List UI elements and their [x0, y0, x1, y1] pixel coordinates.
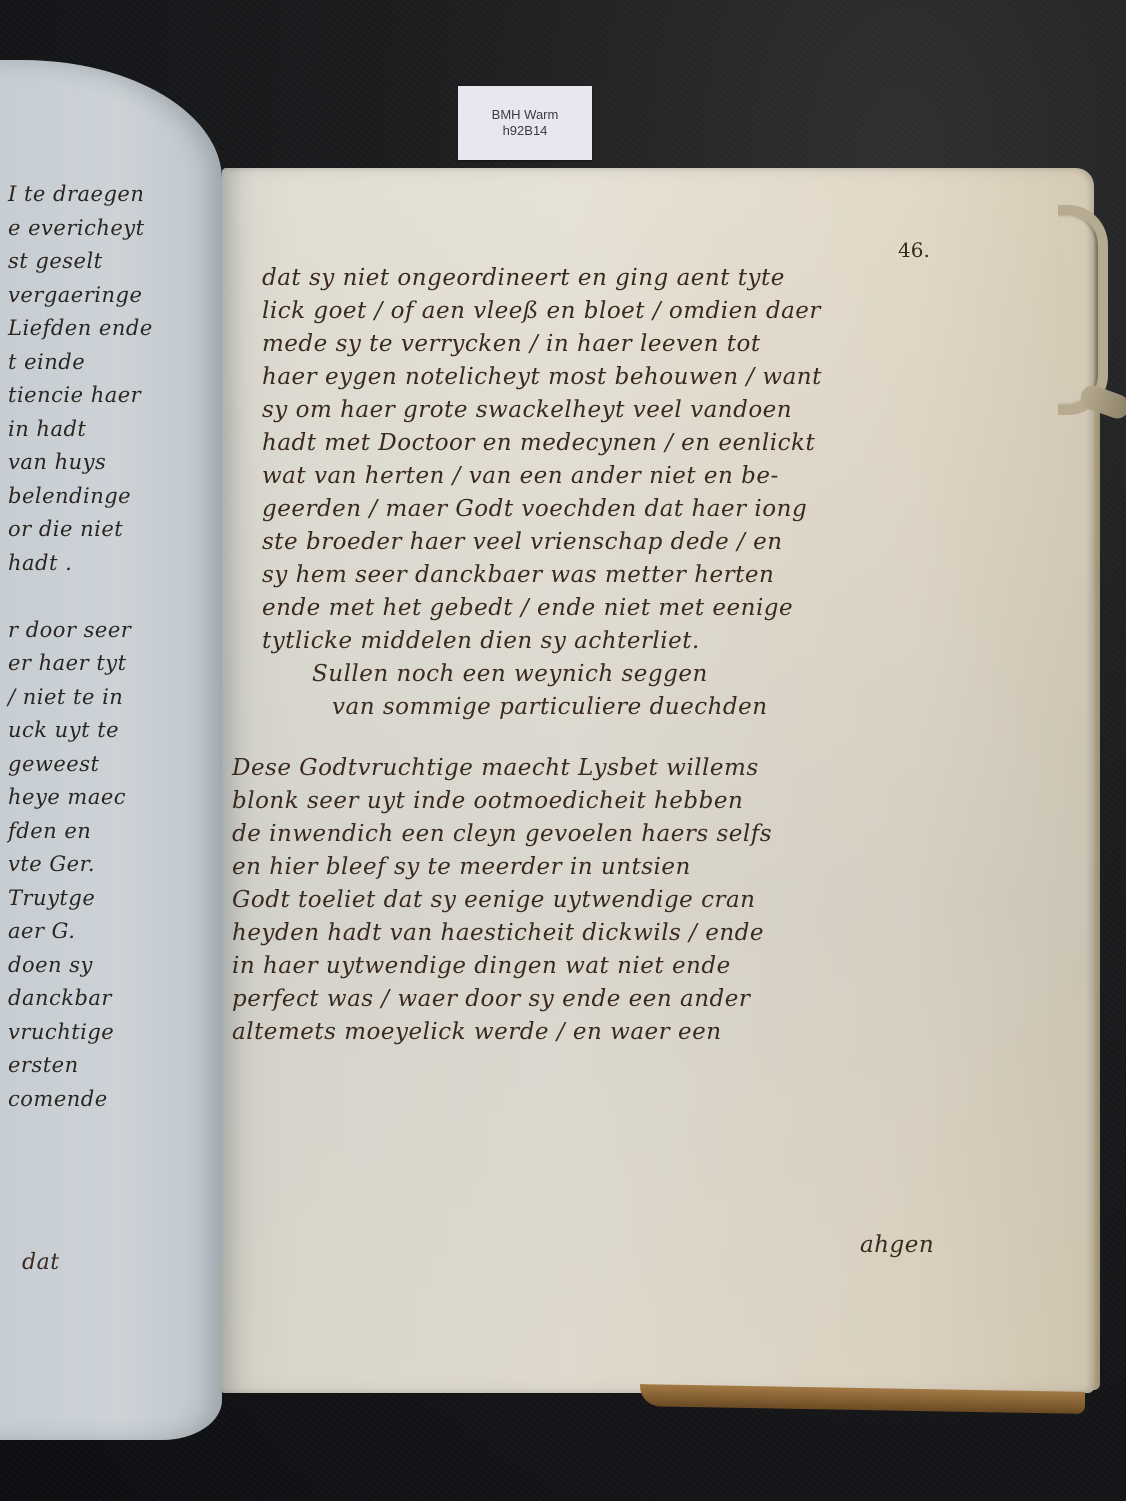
text-line: de inwendich een cleyn gevoelen haers se… [232, 818, 822, 851]
text-fragment: vte Ger. [8, 848, 153, 882]
label-line-1: BMH Warm [492, 107, 559, 123]
text-line: ende met het gebedt / ende niet met eeni… [262, 592, 822, 625]
text-fragment: aer G. [8, 915, 153, 949]
text-line: ste broeder haer veel vrienschap dede / … [262, 526, 822, 559]
paragraph-gap [262, 724, 822, 752]
text-fragment: danckbar [8, 982, 153, 1016]
text-fragment: belendinge [8, 480, 153, 514]
text-fragment: tiencie haer [8, 379, 153, 413]
text-fragment: hadt . [8, 547, 153, 581]
text-fragment: heye maeс [8, 781, 153, 815]
text-fragment: Liefden ende [8, 312, 153, 346]
text-fragment: doen sy [8, 949, 153, 983]
label-line-2: h92B14 [503, 123, 548, 139]
text-line: sy hem seer danckbaer was metter herten [262, 559, 822, 592]
text-line: haer eygen noteliсheyt most behouwen / w… [262, 361, 822, 394]
text-line: heyden hadt van haestiсheit dickwils / e… [232, 917, 822, 950]
text-fragment: vergaeringe [8, 279, 153, 313]
section-heading: van sommige particuliere duechden [262, 691, 822, 724]
text-line: en hier bleef sy te meerder in untsien [232, 851, 822, 884]
text-line: sy om haer grote swackelheyt veel vandoe… [262, 394, 822, 427]
text-fragment: or die niet [8, 513, 153, 547]
left-page-text: I te draegen e everiсheyt st geselt verg… [8, 178, 153, 1116]
right-page-text: dat sy niet ongeordineert en ging aent t… [262, 262, 822, 1049]
binding-cord [1058, 205, 1108, 415]
section-heading: Sullen noch een weynich seggen [262, 658, 822, 691]
text-line: Godt toeliet dat sy eenige uytwendige cr… [232, 884, 822, 917]
shelfmark-label: BMH Warm h92B14 [458, 86, 592, 160]
text-line: perfect was / waer door sy ende een ande… [232, 983, 822, 1016]
text-line: mede sy te verrycken / in haer leeven to… [262, 328, 822, 361]
text-fragment: r door seer [8, 614, 153, 648]
text-fragment: Truytge [8, 882, 153, 916]
text-fragment: t einde [8, 346, 153, 380]
text-fragment: I te draegen [8, 178, 153, 212]
text-fragment: uck uyt te [8, 714, 153, 748]
text-fragment: geweest [8, 748, 153, 782]
text-line: altemets moeyelick werde / en waer een [232, 1016, 822, 1049]
text-line: in haer uytwendige dingen wat niet ende [232, 950, 822, 983]
text-fragment: / niet te in [8, 681, 153, 715]
text-fragment: van huys [8, 446, 153, 480]
right-catchword: ahgen [860, 1232, 934, 1258]
text-line: tytlicke middelen dien sy achterliet. [262, 625, 822, 658]
text-fragment: fden en [8, 815, 153, 849]
text-fragment: vruchtige [8, 1016, 153, 1050]
text-fragment [8, 580, 153, 614]
text-fragment: ersten [8, 1049, 153, 1083]
left-catchword: dat [22, 1250, 60, 1275]
text-fragment: comende [8, 1083, 153, 1117]
page-number: 46. [898, 238, 930, 262]
text-line: Dese Godtvruchtige maecht Lysbet willems [232, 752, 822, 785]
text-line: dat sy niet ongeordineert en ging aent t… [262, 262, 822, 295]
text-fragment: er haer tyt [8, 647, 153, 681]
text-fragment: in hadt [8, 413, 153, 447]
text-fragment: e everiсheyt [8, 212, 153, 246]
text-line: geerden / maer Godt voechden dat haer io… [262, 493, 822, 526]
text-line: wat van herten / van een ander niet en b… [262, 460, 822, 493]
text-fragment: st geselt [8, 245, 153, 279]
text-line: hadt met Doctoor en medecynen / en eenli… [262, 427, 822, 460]
text-line: blonk seer uyt inde ootmoedicheit hebben [232, 785, 822, 818]
text-line: lick goet / of aen vleeß en bloet / omdi… [262, 295, 822, 328]
